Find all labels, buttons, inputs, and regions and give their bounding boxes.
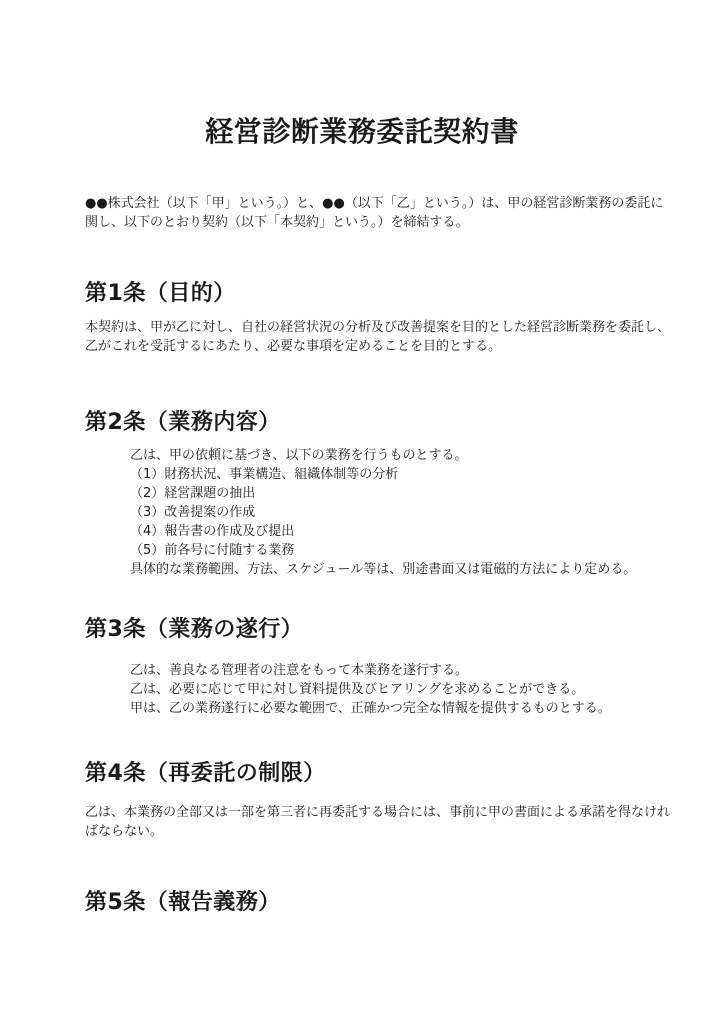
text-line: ばならない。 — [85, 822, 688, 841]
text-line: 乙は、本業務の全部又は一部を第三者に再委託する場合には、事前に甲の書面による承諾… — [85, 803, 688, 822]
list-item: （1）財務状況、事業構造、組織体制等の分析 — [130, 465, 688, 484]
list-item: （5）前各号に付随する業務 — [130, 541, 688, 560]
article-2-body: 乙は、甲の依頼に基づき、以下の業務を行うものとする。 （1）財務状況、事業構造、… — [85, 446, 688, 579]
document-title: 経営診断業務委託契約書 — [0, 0, 724, 150]
contract-document-page: 経営診断業務委託契約書 ●●株式会社（以下「甲」という。）と、●●（以下「乙」と… — [0, 0, 724, 1024]
text-line: ●●株式会社（以下「甲」という。）と、●●（以下「乙」という。）は、甲の経営診断… — [85, 194, 688, 213]
article-4-heading: 第4条（再委託の制限） — [85, 760, 688, 787]
document-body: ●●株式会社（以下「甲」という。）と、●●（以下「乙」という。）は、甲の経営診断… — [0, 194, 724, 916]
list-item: （3）改善提案の作成 — [130, 503, 688, 522]
list-item: （4）報告書の作成及び提出 — [130, 522, 688, 541]
article-1-heading: 第1条（目的） — [85, 280, 688, 307]
text-line: 具体的な業務範囲、方法、スケジュール等は、別途書面又は電磁的方法により定める。 — [130, 560, 688, 579]
article-3-heading: 第3条（業務の遂行） — [85, 616, 688, 643]
article-5-heading: 第5条（報告義務） — [85, 889, 688, 916]
text-line: 本契約は、甲が乙に対し、自社の経営状況の分析及び改善提案を目的とした経営診断業務… — [85, 318, 688, 337]
article-1-body: 本契約は、甲が乙に対し、自社の経営状況の分析及び改善提案を目的とした経営診断業務… — [85, 318, 688, 356]
text-line: 乙がこれを受託するにあたり、必要な事項を定めることを目的とする。 — [85, 337, 688, 356]
article-2-heading: 第2条（業務内容） — [85, 409, 688, 436]
text-line: 乙は、善良なる管理者の注意をもって本業務を遂行する。 — [130, 661, 688, 680]
text-line: 乙は、必要に応じて甲に対し資料提供及びヒアリングを求めることができる。 — [130, 680, 688, 699]
list-item: （2）経営課題の抽出 — [130, 484, 688, 503]
text-line: 乙は、甲の依頼に基づき、以下の業務を行うものとする。 — [130, 446, 688, 465]
text-line: 甲は、乙の業務遂行に必要な範囲で、正確かつ完全な情報を提供するものとする。 — [130, 699, 688, 718]
article-4-body: 乙は、本業務の全部又は一部を第三者に再委託する場合には、事前に甲の書面による承諾… — [85, 803, 688, 841]
article-3-body: 乙は、善良なる管理者の注意をもって本業務を遂行する。 乙は、必要に応じて甲に対し… — [85, 661, 688, 718]
text-line: 関し、以下のとおり契約（以下「本契約」という。）を締結する。 — [85, 213, 688, 232]
preamble-paragraph: ●●株式会社（以下「甲」という。）と、●●（以下「乙」という。）は、甲の経営診断… — [85, 194, 688, 232]
